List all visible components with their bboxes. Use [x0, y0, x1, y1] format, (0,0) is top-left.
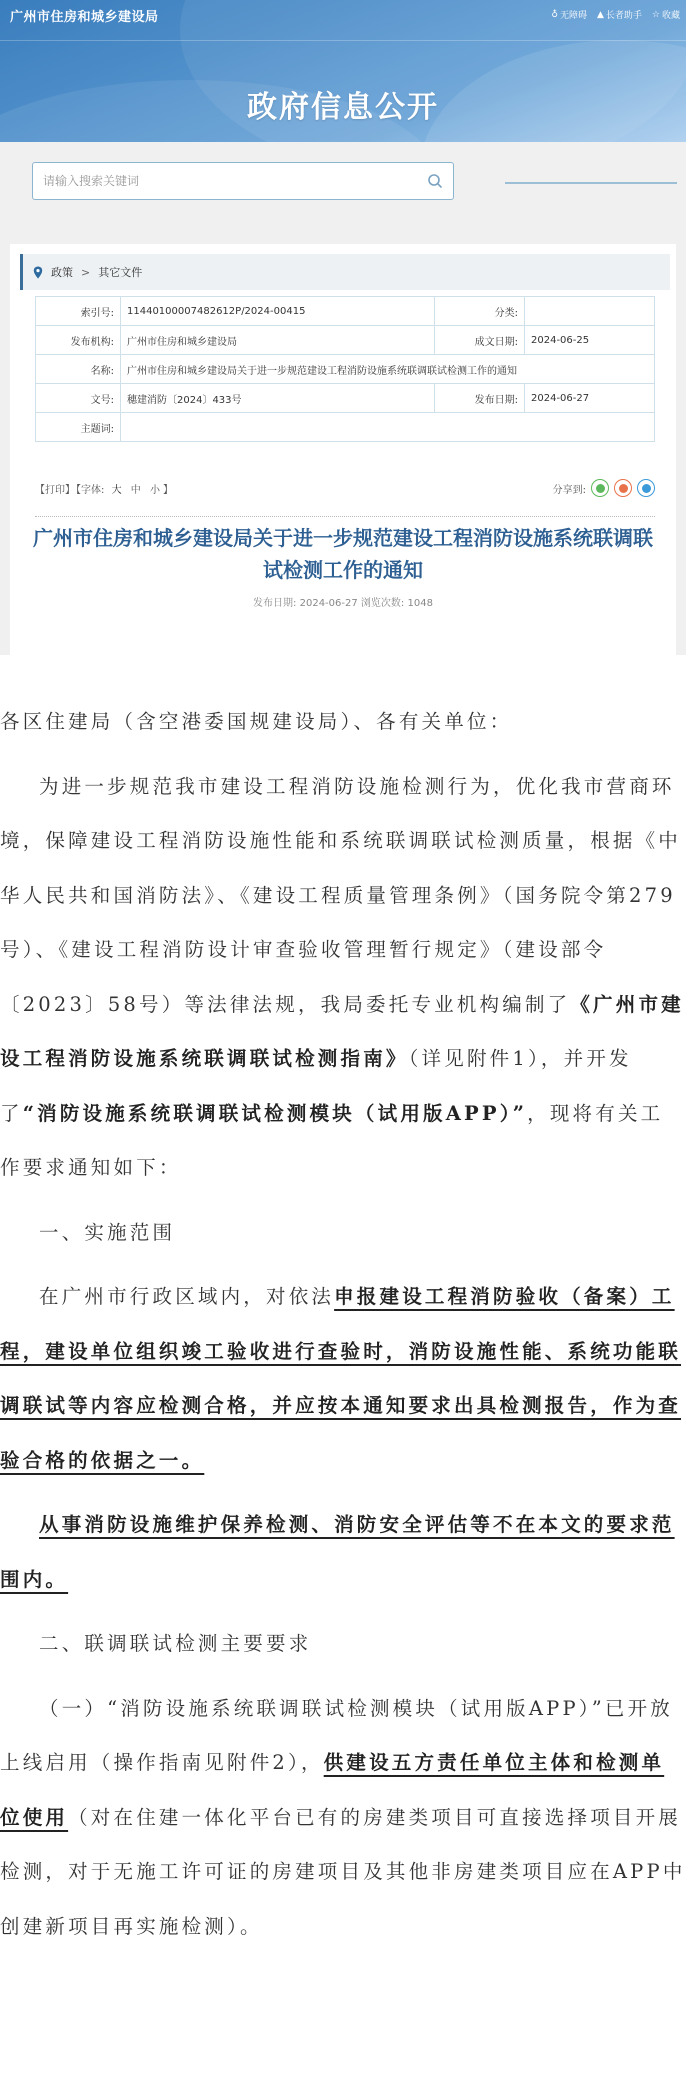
doc-number-label: 文号:	[36, 384, 121, 413]
wechat-share-icon[interactable]	[591, 479, 609, 497]
exclusion-emphasis: 从事消防设施维护保养检测、消防安全评估等不在本文的要求范围内。	[0, 1513, 675, 1591]
requirement-note: （对在住建一体化平台已有的房建类项目可直接选择项目开展检测，对于无施工许可证的房…	[0, 1806, 686, 1938]
created-date-label: 成文日期:	[435, 326, 525, 355]
created-date-value: 2024-06-25	[525, 326, 655, 355]
share-bar: 分享到:	[553, 479, 655, 497]
views-count: 1048	[407, 598, 432, 609]
banner-divider	[0, 40, 686, 41]
weibo-share-icon[interactable]	[614, 479, 632, 497]
views-label: 浏览次数:	[361, 598, 404, 609]
top-tools: ♁ 无障碍 ▲ 长者助手 ☆ 收藏	[551, 8, 680, 21]
breadcrumb-item-other-files[interactable]: 其它文件	[98, 264, 142, 280]
location-pin-icon	[33, 266, 43, 279]
salutation: 各区住建局（含空港委国规建设局）、各有关单位：	[0, 695, 686, 750]
table-row: 主题词:	[36, 413, 655, 442]
index-label: 索引号:	[36, 297, 121, 326]
qq-share-icon[interactable]	[637, 479, 655, 497]
site-screenshot: 广州市住房和城乡建设局 ♁ 无障碍 ▲ 长者助手 ☆ 收藏 政府信息公开	[0, 0, 686, 655]
table-row: 索引号: 11440100007482612P/2024-00415 分类:	[36, 297, 655, 326]
publish-date-value: 2024-06-27	[525, 384, 655, 413]
table-row: 发布机构: 广州市住房和城乡建设局 成文日期: 2024-06-25	[36, 326, 655, 355]
header-banner: 广州市住房和城乡建设局 ♁ 无障碍 ▲ 长者助手 ☆ 收藏 政府信息公开	[0, 0, 686, 142]
font-medium-button[interactable]: 中	[131, 485, 141, 496]
search-icon[interactable]	[427, 173, 443, 189]
print-button[interactable]: 【打印】	[35, 485, 75, 496]
subject-value	[121, 413, 655, 442]
favorite-button[interactable]: ☆ 收藏	[652, 8, 680, 21]
article-title: 广州市住房和城乡建设局关于进一步规范建设工程消防设施系统联调联试检测工作的通知	[30, 522, 656, 586]
breadcrumb-item-policy[interactable]: 政策	[51, 264, 73, 280]
publish-date-label: 发布日期:	[253, 598, 296, 609]
search-box	[32, 162, 454, 200]
elderly-helper-label: 长者助手	[606, 8, 642, 21]
font-bracket: 】	[163, 485, 173, 496]
font-small-button[interactable]: 小	[150, 485, 160, 496]
intro-text: 为进一步规范我市建设工程消防设施检测行为，优化我市营商环境，保障建设工程消防设施…	[0, 775, 681, 1016]
search-input[interactable]	[43, 174, 427, 188]
table-row: 文号: 穗建消防〔2024〕433号 发布日期: 2024-06-27	[36, 384, 655, 413]
print-font-tools: 【打印】【字体: 大 中 小】	[35, 481, 174, 496]
accessibility-icon: ♁	[551, 10, 558, 20]
scope-emphasis: 申报建设工程消防验收（备案）工程，建设单位组织竣工验收进行查验时，消防设施性能、…	[0, 1285, 681, 1472]
subject-label: 主题词:	[36, 413, 121, 442]
favorite-label: 收藏	[662, 8, 680, 21]
app-module-name: “消防设施系统联调联试检测模块（试用版APP）”	[23, 1102, 527, 1125]
site-name[interactable]: 广州市住房和城乡建设局	[10, 6, 159, 25]
banner-title: 政府信息公开	[0, 82, 686, 126]
scope-text: 在广州市行政区域内，对依法	[39, 1285, 334, 1308]
paragraph-scope: 在广州市行政区域内，对依法申报建设工程消防验收（备案）工程，建设单位组织竣工验收…	[0, 1270, 686, 1488]
section-heading-1: 一、实施范围	[0, 1206, 686, 1261]
elderly-helper-icon: ▲	[597, 10, 604, 20]
index-value: 11440100007482612P/2024-00415	[121, 297, 435, 326]
decorative-line	[505, 182, 677, 184]
publish-date: 2024-06-27	[300, 598, 358, 609]
elderly-helper-button[interactable]: ▲ 长者助手	[597, 8, 642, 21]
font-size-label: 【字体:	[76, 485, 104, 496]
dotted-divider	[35, 516, 655, 517]
article-meta: 发布日期: 2024-06-27 浏览次数: 1048	[10, 594, 676, 609]
paragraph-requirement-1: （一）“消防设施系统联调联试检测模块（试用版APP）”已开放上线启用（操作指南见…	[0, 1682, 686, 1955]
star-icon: ☆	[652, 10, 660, 20]
category-value	[525, 297, 655, 326]
category-label: 分类:	[435, 297, 525, 326]
publisher-label: 发布机构:	[36, 326, 121, 355]
font-large-button[interactable]: 大	[112, 485, 122, 496]
share-label: 分享到:	[553, 481, 586, 496]
breadcrumb: 政策 > 其它文件	[20, 254, 670, 290]
publish-date-label: 发布日期:	[435, 384, 525, 413]
accessibility-button[interactable]: ♁ 无障碍	[551, 8, 587, 21]
name-value: 广州市住房和城乡建设局关于进一步规范建设工程消防设施系统联调联试检测工作的通知	[121, 355, 655, 384]
publisher-value: 广州市住房和城乡建设局	[121, 326, 435, 355]
document-body: 各区住建局（含空港委国规建设局）、各有关单位： 为进一步规范我市建设工程消防设施…	[0, 695, 686, 1994]
name-label: 名称:	[36, 355, 121, 384]
accessibility-label: 无障碍	[560, 8, 587, 21]
article-tools: 【打印】【字体: 大 中 小】 分享到:	[35, 473, 655, 503]
paragraph-exclusion: 从事消防设施维护保养检测、消防安全评估等不在本文的要求范围内。	[0, 1498, 686, 1607]
table-row: 名称: 广州市住房和城乡建设局关于进一步规范建设工程消防设施系统联调联试检测工作…	[36, 355, 655, 384]
section-heading-2: 二、联调联试检测主要要求	[0, 1617, 686, 1672]
content-panel: 政策 > 其它文件 索引号: 11440100007482612P/2024-0…	[10, 244, 676, 655]
metadata-table: 索引号: 11440100007482612P/2024-00415 分类: 发…	[35, 296, 655, 442]
breadcrumb-separator: >	[81, 266, 90, 279]
doc-number-value: 穗建消防〔2024〕433号	[121, 384, 435, 413]
paragraph-intro: 为进一步规范我市建设工程消防设施检测行为，优化我市营商环境，保障建设工程消防设施…	[0, 760, 686, 1196]
